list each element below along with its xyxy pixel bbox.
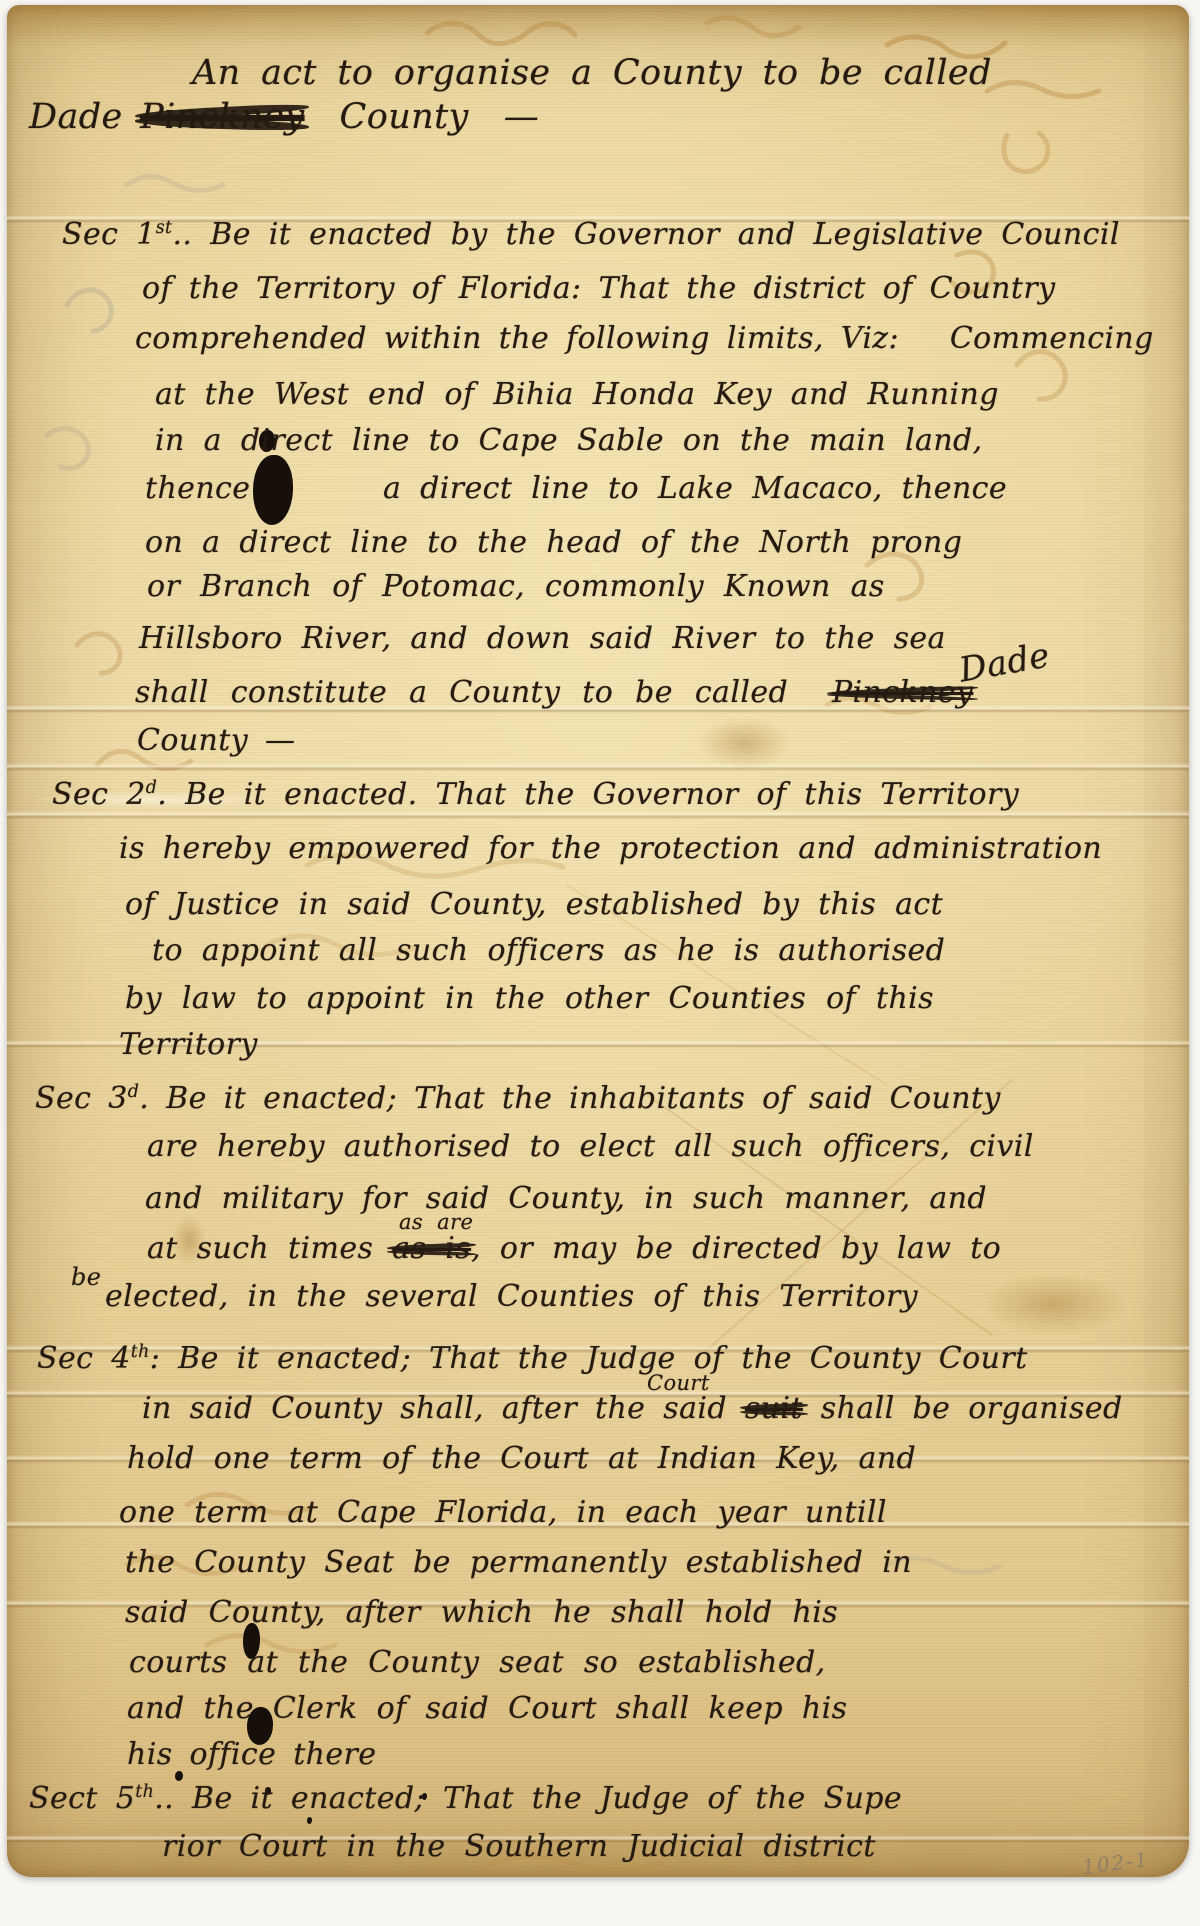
- manuscript-line: is hereby empowered for the protection a…: [119, 831, 1102, 866]
- manuscript-text: courts at the County seat so established…: [129, 1645, 826, 1680]
- manuscript-line: thence a direct line to Lake Macaco, the…: [145, 471, 1007, 506]
- manuscript-text: at such times: [147, 1231, 392, 1266]
- manuscript-line: the County Seat be permanently establish…: [125, 1545, 912, 1580]
- section-4-opening: Sec 4th: Be it enacted; That the Judge o…: [37, 1341, 1028, 1376]
- section-1-opening: Sec 1st.. Be it enacted by the Governor …: [62, 217, 1120, 252]
- manuscript-text: or Branch of Potomac, commonly Known as: [147, 569, 885, 604]
- manuscript-text: Sect 5: [29, 1781, 135, 1816]
- manuscript-line: comprehended within the following limits…: [135, 321, 1154, 356]
- manuscript-line: in a direct line to Cape Sable on the ma…: [155, 423, 983, 458]
- manuscript-line: elected, in the several Counties of this…: [105, 1279, 918, 1314]
- title-line-1: An act to organise a County to be called: [192, 53, 992, 93]
- manuscript-text: .. Be it enacted; That the Judge of the …: [154, 1781, 902, 1816]
- section-5-opening: Sect 5th.. Be it enacted; That the Judge…: [29, 1781, 902, 1816]
- manuscript-text: County —: [137, 723, 295, 758]
- manuscript-line: County —: [137, 723, 295, 758]
- manuscript-line: Hillsboro River, and down said River to …: [139, 621, 946, 656]
- manuscript-text: to appoint all such officers as he is au…: [152, 933, 945, 968]
- manuscript-line: shall constitute a County to be called P…: [135, 675, 973, 710]
- manuscript-text: Sec 3: [35, 1081, 128, 1116]
- manuscript-text: Sec 1: [62, 217, 156, 252]
- manuscript-line: are hereby authorised to elect all such …: [147, 1129, 1034, 1164]
- manuscript-text: at the West end of Bihia Honda Key and R…: [155, 377, 999, 412]
- manuscript-text: on a direct line to the head of the Nort…: [145, 525, 962, 560]
- manuscript-text: in a direct line to Cape Sable on the ma…: [155, 423, 983, 458]
- manuscript-text: rior Court in the Southern Judicial dist…: [162, 1829, 876, 1864]
- manuscript-text: of Justice in said County, established b…: [125, 887, 943, 922]
- manuscript-text-layer: An act to organise a County to be called…: [7, 5, 1189, 1877]
- manuscript-text: th: [135, 1782, 154, 1802]
- manuscript-text: Dade: [29, 97, 140, 137]
- manuscript-text: Sec 2: [52, 777, 146, 812]
- manuscript-text: An act to organise a County to be called: [192, 53, 992, 93]
- manuscript-text: Sec 4: [37, 1341, 131, 1376]
- manuscript-text: is hereby empowered for the protection a…: [119, 831, 1102, 866]
- manuscript-line: Territory: [119, 1027, 258, 1062]
- manuscript-line: said County, after which he shall hold h…: [125, 1595, 838, 1630]
- manuscript-text: hold one term of the Court at Indian Key…: [127, 1441, 916, 1476]
- manuscript-line: to appoint all such officers as he is au…: [152, 933, 945, 968]
- manuscript-text: in said County shall, after the said: [142, 1391, 745, 1426]
- manuscript-text: are hereby authorised to elect all such …: [147, 1129, 1034, 1164]
- manuscript-text: comprehended within the following limits…: [135, 321, 1154, 356]
- manuscript-text: shall constitute a County to be called: [135, 675, 832, 710]
- manuscript-line: at the West end of Bihia Honda Key and R…: [155, 377, 999, 412]
- manuscript-text: d: [146, 778, 158, 798]
- manuscript-text: one term at Cape Florida, in each year u…: [119, 1495, 887, 1530]
- manuscript-text: , or may be directed by law to: [471, 1231, 1001, 1266]
- manuscript-text: shall be organised: [803, 1391, 1123, 1426]
- manuscript-text: st: [156, 218, 173, 238]
- manuscript-text: be: [71, 1263, 101, 1291]
- manuscript-text: . Be it enacted. That the Governor of th…: [157, 777, 1019, 812]
- scanned-document-page: { "page": { "archive_number": "102-1" },…: [0, 0, 1200, 1926]
- title-line-2: Dade Pinckney County —: [29, 97, 539, 137]
- manuscript-text: Dade: [956, 635, 1053, 690]
- manuscript-text: th: [131, 1342, 150, 1362]
- manuscript-text: Hillsboro River, and down said River to …: [139, 621, 946, 656]
- manuscript-line: in said County shall, after the said sui…: [142, 1391, 1123, 1426]
- manuscript-line: one term at Cape Florida, in each year u…: [119, 1495, 887, 1530]
- manuscript-text: by law to appoint in the other Counties …: [125, 981, 934, 1016]
- manuscript-text: and military for said County, in such ma…: [145, 1181, 987, 1216]
- struck-out-word: Pinckney: [140, 97, 304, 137]
- manuscript-line: at such times as is, or may be directed …: [147, 1231, 1001, 1266]
- section-3-opening: Sec 3d. Be it enacted; That the inhabita…: [35, 1081, 1001, 1116]
- manuscript-line: courts at the County seat so established…: [129, 1645, 826, 1680]
- manuscript-text: .. Be it enacted by the Governor and Leg…: [172, 217, 1119, 252]
- inserted-word-dade: Dade: [956, 635, 1053, 690]
- section-2-opening: Sec 2d. Be it enacted. That the Governor…: [52, 777, 1019, 812]
- manuscript-text: his office there: [127, 1737, 376, 1772]
- manuscript-line: and the Clerk of said Court shall keep h…: [127, 1691, 847, 1726]
- manuscript-text: County —: [305, 97, 540, 137]
- struck-out-word: Pinckney: [832, 675, 973, 710]
- manuscript-text: Territory: [119, 1027, 258, 1062]
- manuscript-line: or Branch of Potomac, commonly Known as: [147, 569, 885, 604]
- manuscript-text: of the Territory of Florida: That the di…: [142, 271, 1055, 306]
- manuscript-text: the County Seat be permanently establish…: [125, 1545, 912, 1580]
- manuscript-line: by law to appoint in the other Counties …: [125, 981, 934, 1016]
- manuscript-text: elected, in the several Counties of this…: [105, 1279, 918, 1314]
- manuscript-line: of the Territory of Florida: That the di…: [142, 271, 1055, 306]
- manuscript-line: of Justice in said County, established b…: [125, 887, 943, 922]
- manuscript-line: hold one term of the Court at Indian Key…: [127, 1441, 916, 1476]
- manuscript-paper: An act to organise a County to be called…: [7, 5, 1189, 1877]
- manuscript-line: and military for said County, in such ma…: [145, 1181, 987, 1216]
- manuscript-text: : Be it enacted; That the Judge of the C…: [150, 1341, 1028, 1376]
- inserted-word-be: be: [71, 1263, 101, 1291]
- struck-out-word: suit: [745, 1391, 803, 1426]
- manuscript-line: rior Court in the Southern Judicial dist…: [162, 1829, 876, 1864]
- manuscript-line: on a direct line to the head of the Nort…: [145, 525, 962, 560]
- manuscript-line: his office there: [127, 1737, 376, 1772]
- struck-out-word: as is: [392, 1231, 471, 1266]
- manuscript-text: and the Clerk of said Court shall keep h…: [127, 1691, 847, 1726]
- manuscript-text: said County, after which he shall hold h…: [125, 1595, 838, 1630]
- manuscript-text: d: [128, 1082, 140, 1102]
- manuscript-text: thence a direct line to Lake Macaco, the…: [145, 471, 1007, 506]
- manuscript-text: . Be it enacted; That the inhabitants of…: [139, 1081, 1000, 1116]
